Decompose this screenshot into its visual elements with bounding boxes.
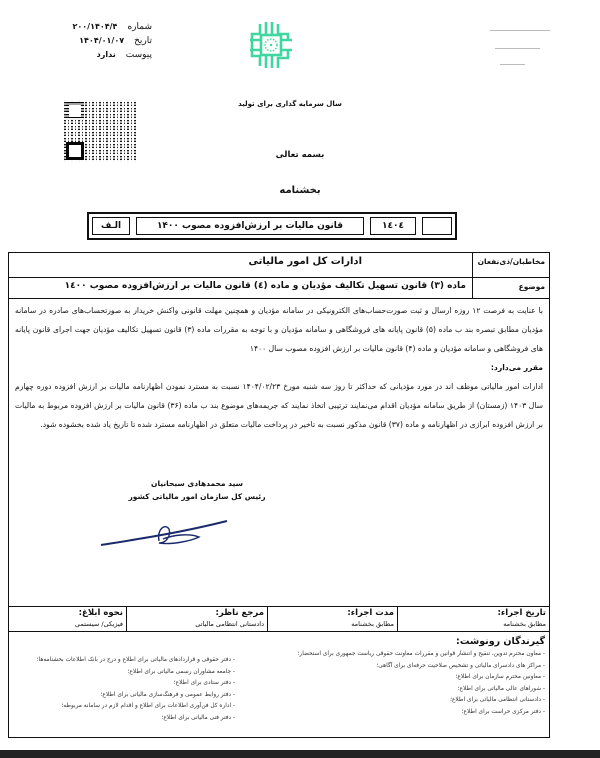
info-execution-duration: مدت اجراء: مطابق بخشنامه bbox=[267, 607, 397, 631]
copy-recipient: - دفتر ستادی برای اطلاع؛ bbox=[9, 678, 235, 690]
faint-header-marks bbox=[440, 20, 560, 90]
meta-attachment-label: پیوست bbox=[126, 50, 152, 60]
classification-letter: الـف bbox=[92, 217, 130, 235]
scan-bottom-edge bbox=[0, 750, 600, 758]
bismillah: بسمه تعالی bbox=[0, 150, 600, 160]
addressees-label: مخاطبان/ذی‌نفعان bbox=[472, 253, 549, 277]
copy-recipient: - مراکز های دادسرای مالیاتی و تشخیص صلاح… bbox=[245, 661, 545, 673]
info-execution-date-value: مطابق بخشنامه bbox=[398, 619, 546, 629]
signatory-title: رئیس کل سازمان امور مالیاتی کشور bbox=[127, 490, 267, 503]
classification-blank bbox=[422, 217, 452, 235]
decree-paragraph: ادارات امور مالیاتی موظف اند در مورد مؤد… bbox=[15, 377, 543, 434]
info-notification-method-label: نحوه ابلاغ: bbox=[9, 608, 123, 619]
meta-attachment: پیوست ندارد bbox=[62, 50, 152, 64]
topic-value: ماده (۳) قانون تسهیل تکالیف مؤدیان و ماد… bbox=[9, 278, 472, 298]
copy-recipients-title: گیرندگان رونوشت: bbox=[9, 635, 545, 649]
circular-body-frame: مخاطبان/ذی‌نفعان ادارات کل امور مالیاتی … bbox=[8, 252, 550, 738]
meta-number-value: ۲۰۰/۱۴۰۴/۴ bbox=[73, 22, 118, 31]
topic-label: موضوع bbox=[472, 278, 549, 298]
copy-recipient: - جامعه مشاوران رسمی مالیاتی برای اطلاع؛ bbox=[9, 667, 235, 679]
info-execution-duration-label: مدت اجراء: bbox=[268, 608, 394, 619]
info-execution-duration-value: مطابق بخشنامه bbox=[268, 619, 394, 629]
copy-recipient: - دفتر فنی مالیاتی برای اطلاع؛ bbox=[9, 713, 235, 725]
meta-date-value: ۱۴۰۴/۰۱/۰۷ bbox=[79, 36, 124, 45]
info-execution-date-label: تاریخ اجراء: bbox=[398, 608, 546, 619]
info-notification-method-value: فیزیکی/ سیستمی bbox=[9, 619, 123, 629]
info-execution-date: تاریخ اجراء: مطابق بخشنامه bbox=[397, 607, 549, 631]
topic-row: موضوع ماده (۳) قانون تسهیل تکالیف مؤدیان… bbox=[9, 278, 549, 299]
info-supervisor-label: مرجع ناظر: bbox=[127, 608, 264, 619]
classification-subject: قانون مالیات بر ارزش‌افزوده مصوب ۱۴۰۰ bbox=[136, 217, 364, 235]
copy-recipient: - دفتر حقوقی و قراردادهای مالیاتی برای ا… bbox=[9, 655, 235, 667]
copy-recipients: گیرندگان رونوشت: - معاون محترم تدوین، تن… bbox=[9, 635, 549, 724]
intro-paragraph: با عنایت به فرصت ۱۲ روزه ارسال و ثبت صور… bbox=[15, 301, 543, 358]
signatory-name: سید محمدهادی سبحانیان bbox=[127, 477, 267, 490]
copy-recipient: - معاونین محترم سازمان برای اطلاع؛ bbox=[245, 672, 545, 684]
copy-recipients-right-column: - معاون محترم تدوین، تنقیح و انتشار قوان… bbox=[245, 649, 545, 724]
meta-attachment-value: ندارد bbox=[97, 50, 116, 59]
info-supervisor-value: دادستانی انتظامی مالیاتی bbox=[127, 619, 264, 629]
circular-text: با عنایت به فرصت ۱۲ روزه ارسال و ثبت صور… bbox=[9, 301, 549, 434]
meta-number-label: شماره bbox=[127, 22, 152, 32]
execution-info-row: تاریخ اجراء: مطابق بخشنامه مدت اجراء: مط… bbox=[9, 606, 549, 632]
meta-date: تاریخ ۱۴۰۴/۰۱/۰۷ bbox=[62, 36, 152, 50]
addressees-value: ادارات کل امور مالیاتی bbox=[9, 253, 472, 277]
copy-recipient: - دادستانی انتظامی مالیاتی برای اطلاع؛ bbox=[245, 695, 545, 707]
handwritten-signature-icon bbox=[99, 515, 229, 549]
copy-recipients-left-column: - دفتر حقوقی و قراردادهای مالیاتی برای ا… bbox=[9, 649, 245, 724]
signature-block: سید محمدهادی سبحانیان رئیس کل سازمان امو… bbox=[127, 477, 267, 503]
copy-recipient: - معاون محترم تدوین، تنقیح و انتشار قوان… bbox=[245, 649, 545, 661]
meta-date-label: تاریخ bbox=[134, 36, 152, 46]
tax-organization-logo-icon bbox=[246, 20, 296, 70]
copy-recipient: - شوراهای عالی مالیاتی برای اطلاع؛ bbox=[245, 684, 545, 696]
copy-recipient: - اداره کل فن‌آوری اطلاعات برای اطلاع و … bbox=[9, 701, 235, 713]
decree-lead: مقرر می‌دارد: bbox=[15, 358, 543, 377]
addressees-row: مخاطبان/ذی‌نفعان ادارات کل امور مالیاتی bbox=[9, 253, 549, 278]
info-notification-method: نحوه ابلاغ: فیزیکی/ سیستمی bbox=[9, 607, 126, 631]
document-meta: شماره ۲۰۰/۱۴۰۴/۴ تاریخ ۱۴۰۴/۰۱/۰۷ پیوست … bbox=[62, 22, 152, 64]
copy-recipient: - دفتر روابط عمومی و فرهنگ‌سازی مالیاتی … bbox=[9, 690, 235, 702]
document-type-title: بخشنامه bbox=[0, 185, 600, 196]
classification-bar: ۱٤۰٤ قانون مالیات بر ارزش‌افزوده مصوب ۱۴… bbox=[87, 212, 457, 240]
info-supervisor: مرجع ناظر: دادستانی انتظامی مالیاتی bbox=[126, 607, 267, 631]
copy-recipient: - دفتر مرکزی حراست برای اطلاع؛ bbox=[245, 707, 545, 719]
year-slogan: سال سرمایه گذاری برای تولید bbox=[200, 100, 380, 108]
classification-number: ۱٤۰٤ bbox=[370, 217, 416, 235]
meta-number: شماره ۲۰۰/۱۴۰۴/۴ bbox=[62, 22, 152, 36]
